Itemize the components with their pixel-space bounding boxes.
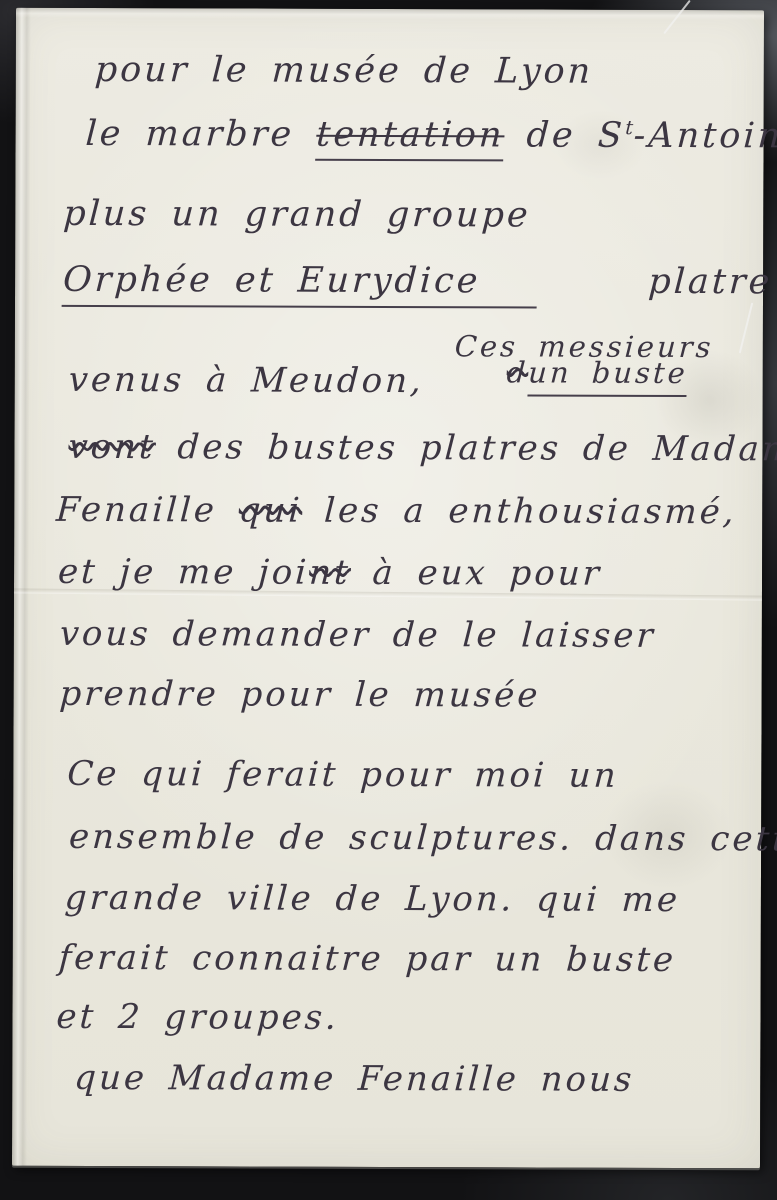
photograph-of-letter: pour le musée de Lyon le marbre tentatio…	[0, 0, 777, 1200]
letter-line-12: ensemble de sculptures. dans cette	[68, 817, 777, 860]
handwritten-text: prendre pour le musée	[59, 674, 542, 716]
handwritten-text: platre	[647, 262, 773, 302]
handwritten-text: de S	[503, 115, 626, 155]
handwritten-text: Ce qui ferait pour moi un	[66, 754, 619, 796]
letter-line-14: ferait connaitre par un buste	[58, 938, 678, 980]
paper-top-edge	[16, 8, 764, 21]
handwritten-text: des bustes platres de Madame	[155, 427, 777, 469]
struck-underlined-word: tentation	[315, 115, 506, 162]
letter-line-4: Orphée et Eurydiceplatre	[62, 260, 774, 302]
handwritten-text: pour le musée de Lyon	[94, 50, 595, 92]
scribbled-word: vont	[67, 427, 156, 467]
letter-line-15: et 2 groupes.	[55, 997, 340, 1038]
handwritten-text: les a enthousiasmé,	[301, 491, 738, 533]
handwritten-text: que Madame Fenaille nous	[73, 1058, 635, 1100]
letter-line-3: plus un grand groupe	[62, 194, 532, 236]
handwritten-text: plus un grand groupe	[62, 194, 532, 236]
letter-line-11: Ce qui ferait pour moi un	[66, 754, 619, 796]
handwritten-text: et je me joi	[57, 552, 310, 593]
letter-line-5: venus à Meudon,	[68, 360, 425, 401]
interline-insertion-2: dun buste	[506, 355, 689, 390]
letter-line-8: et je me joint à eux pour	[57, 552, 603, 594]
letter-line-6: vont des bustes platres de Madame	[67, 427, 777, 470]
handwritten-text: ensemble de sculptures. dans cette	[68, 817, 777, 860]
handwritten-text: vous demander de le laisser	[59, 614, 657, 656]
underlined-words: un buste	[527, 355, 689, 397]
handwritten-text: venus à Meudon,	[68, 360, 425, 401]
handwritten-text: à eux pour	[350, 553, 604, 594]
handwritten-text: le marbre	[84, 114, 317, 155]
folded-sheet-edge	[12, 8, 31, 1166]
scribbled-word: qui	[238, 490, 304, 530]
letter-line-13: grande ville de Lyon. qui me	[64, 878, 681, 920]
letter-line-7: Fenaille qui les a enthousiasmé,	[55, 490, 738, 532]
underlined-title: Orphée et Eurydice	[62, 260, 540, 309]
letter-line-1: pour le musée de Lyon	[94, 50, 595, 92]
letter-line-2: le marbre tentation de St-Antoine	[84, 114, 777, 157]
scribbled-letters: nt	[308, 553, 352, 593]
handwritten-text: grande ville de Lyon. qui me	[64, 878, 681, 920]
handwritten-text: ferait connaitre par un buste	[58, 938, 678, 980]
handwritten-text: et 2 groupes.	[55, 997, 340, 1038]
letter-line-9: vous demander de le laisser	[59, 614, 657, 656]
scribbled-word: d	[506, 355, 529, 389]
handwritten-text: Fenaille	[55, 490, 240, 531]
letter-line-16: que Madame Fenaille nous	[73, 1058, 635, 1100]
handwritten-text: -Antoine	[632, 116, 777, 157]
letter-line-10: prendre pour le musée	[59, 674, 542, 716]
letter-page: pour le musée de Lyon le marbre tentatio…	[12, 8, 764, 1169]
